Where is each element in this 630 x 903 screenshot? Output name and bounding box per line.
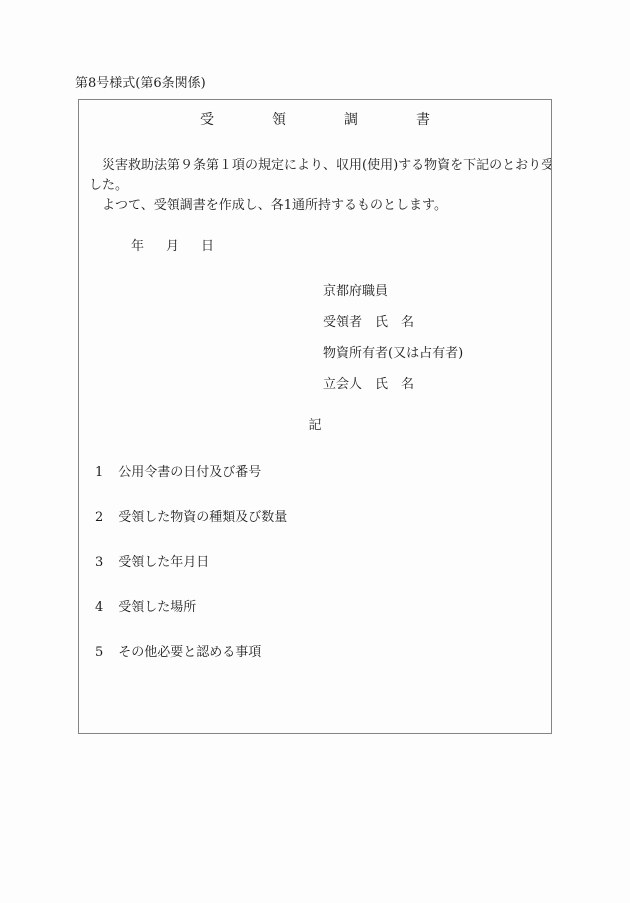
list-item-text: 公用令書の日付及び番号 bbox=[118, 466, 261, 480]
list-item: 4 受領した場所 bbox=[95, 601, 287, 615]
list-item-text: その他必要と認める事項 bbox=[118, 646, 261, 660]
year-label: 年 bbox=[131, 239, 144, 254]
list-item: 2 受領した物資の種類及び数量 bbox=[95, 511, 287, 525]
signature-line-witness: 立会人 氏 名 bbox=[323, 378, 463, 392]
numbered-list: 1 公用令書の日付及び番号 2 受領した物資の種類及び数量 3 受領した年月日 … bbox=[95, 466, 287, 691]
signature-block: 京都府職員 受領者 氏 名 物資所有者(又は占有者) 立会人 氏 名 bbox=[323, 285, 463, 409]
list-item-number: 2 bbox=[95, 511, 103, 525]
signature-line-goods-owner: 物資所有者(又は占有者) bbox=[323, 347, 463, 361]
day-label: 日 bbox=[201, 239, 214, 254]
list-item-text: 受領した年月日 bbox=[118, 556, 209, 570]
list-item: 3 受領した年月日 bbox=[95, 556, 287, 570]
list-item-number: 5 bbox=[95, 646, 103, 660]
paragraph2: よつて、受領調書を作成し、各1通所持するものとします。 bbox=[89, 196, 547, 216]
list-item-number: 4 bbox=[95, 601, 103, 615]
form-number-label: 第8号様式(第6条関係) bbox=[75, 77, 206, 91]
record-marker: 記 bbox=[79, 418, 551, 433]
form-border-box: 受領調書 災害救助法第９条第１項の規定により、収用(使用)する物資を下記のとおり… bbox=[78, 99, 552, 734]
list-item-text: 受領した物資の種類及び数量 bbox=[118, 511, 287, 525]
list-item: 1 公用令書の日付及び番号 bbox=[95, 466, 287, 480]
paragraph1-line1: 災害救助法第９条第１項の規定により、収用(使用)する物資を下記のとおり受領しま bbox=[89, 156, 547, 176]
list-item: 5 その他必要と認める事項 bbox=[95, 646, 287, 660]
document-page: 第8号様式(第6条関係) 受領調書 災害救助法第９条第１項の規定により、収用(使… bbox=[0, 0, 630, 903]
paragraph1-line2: した。 bbox=[89, 176, 547, 196]
list-item-number: 3 bbox=[95, 556, 103, 570]
document-title: 受領調書 bbox=[79, 112, 551, 128]
list-item-number: 1 bbox=[95, 466, 103, 480]
body-paragraphs: 災害救助法第９条第１項の規定により、収用(使用)する物資を下記のとおり受領しま … bbox=[89, 156, 547, 216]
list-item-text: 受領した場所 bbox=[118, 601, 196, 615]
signature-line-prefecture-staff: 京都府職員 bbox=[323, 285, 463, 299]
signature-line-recipient: 受領者 氏 名 bbox=[323, 316, 463, 330]
date-line: 年 月 日 bbox=[131, 239, 214, 254]
month-label: 月 bbox=[166, 239, 179, 254]
